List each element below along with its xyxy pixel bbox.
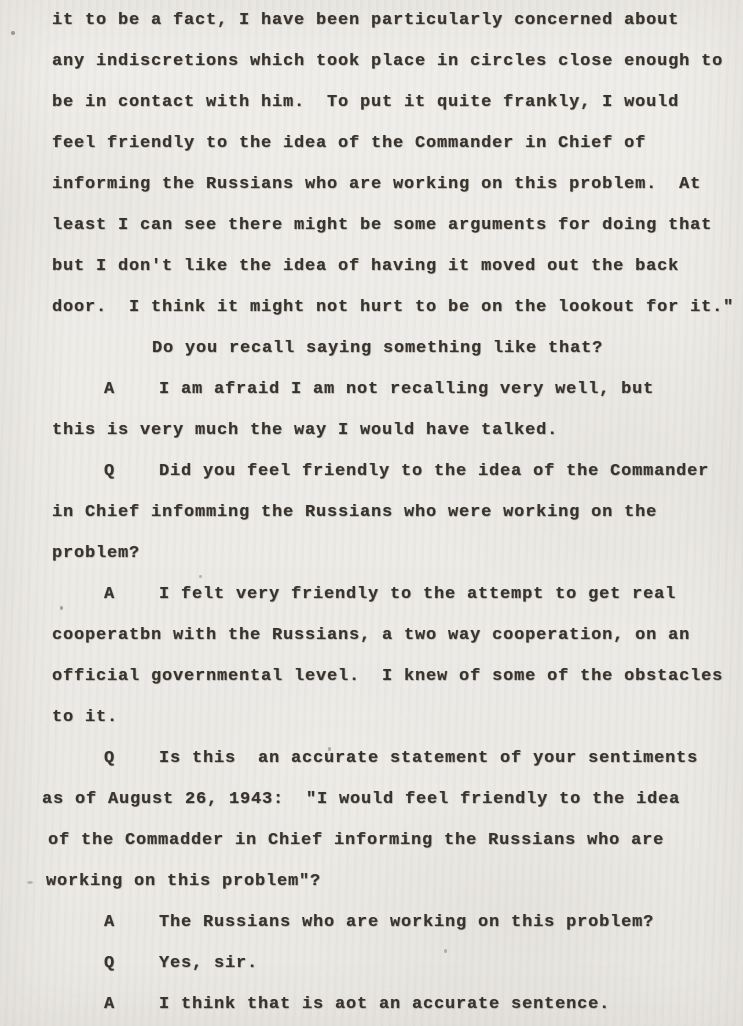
transcript-line: Q Is this an accurate statement of your … bbox=[104, 738, 743, 779]
transcript-line: in Chief infomming the Russians who were… bbox=[52, 492, 743, 533]
transcript-line: Q Yes, sir. bbox=[104, 943, 743, 984]
transcript-line: working on this problem"? bbox=[46, 861, 743, 902]
transcript-line: least I can see there might be some argu… bbox=[52, 205, 743, 246]
ink-speck bbox=[444, 949, 447, 953]
transcript-line: of the Commadder in Chief informing the … bbox=[48, 820, 743, 861]
transcript-line: problem? bbox=[52, 533, 743, 574]
transcript-line: official governmental level. I knew of s… bbox=[52, 656, 743, 697]
transcript-line: it to be a fact, I have been particularl… bbox=[52, 0, 743, 41]
transcript-page: it to be a fact, I have been particularl… bbox=[0, 0, 743, 1026]
transcript-text-block: it to be a fact, I have been particularl… bbox=[0, 0, 743, 1025]
transcript-line: cooperatbn with the Russians, a two way … bbox=[52, 615, 743, 656]
transcript-line: as of August 26, 1943: "I would feel fri… bbox=[42, 779, 743, 820]
ink-speck bbox=[328, 747, 331, 751]
transcript-line: A I am afraid I am not recalling very we… bbox=[104, 369, 743, 410]
transcript-line: but I don't like the idea of having it m… bbox=[52, 246, 743, 287]
ink-speck bbox=[60, 606, 63, 610]
transcript-line: Do you recall saying something like that… bbox=[152, 328, 743, 369]
transcript-line: informing the Russians who are working o… bbox=[52, 164, 743, 205]
transcript-line: A I felt very friendly to the attempt to… bbox=[104, 574, 743, 615]
transcript-line: to it. bbox=[52, 697, 743, 738]
transcript-line: be in contact with him. To put it quite … bbox=[52, 82, 743, 123]
transcript-line: feel friendly to the idea of the Command… bbox=[52, 123, 743, 164]
transcript-line: any indiscretions which took place in ci… bbox=[52, 41, 743, 82]
ink-speck bbox=[199, 575, 202, 578]
transcript-line: A The Russians who are working on this p… bbox=[104, 902, 743, 943]
transcript-line: A I think that is aot an accurate senten… bbox=[104, 984, 743, 1025]
transcript-line: Q Did you feel friendly to the idea of t… bbox=[104, 451, 743, 492]
transcript-line: this is very much the way I would have t… bbox=[52, 410, 743, 451]
ink-speck bbox=[11, 31, 15, 35]
ink-speck bbox=[27, 881, 33, 884]
transcript-line: door. I think it might not hurt to be on… bbox=[52, 287, 743, 328]
